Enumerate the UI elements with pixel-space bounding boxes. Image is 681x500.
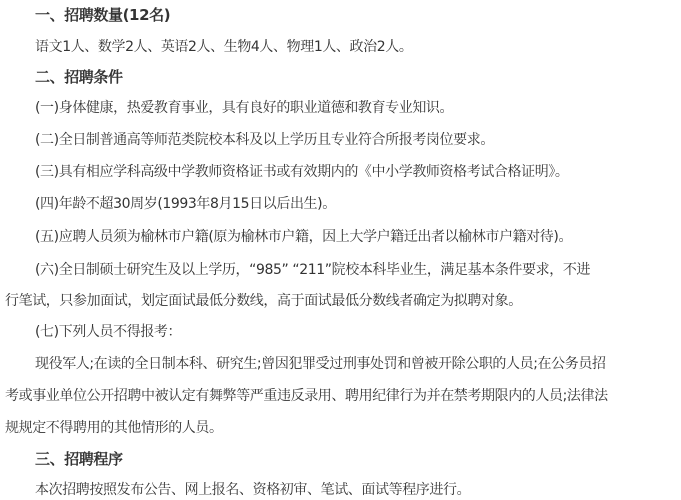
condition-item-7-line3: 规规定不得聘用的其他情形的人员。 [5, 418, 223, 438]
document-page: 一、招聘数量(12名) 语文1人、数学2人、英语2人、生物4人、物理1人、政治2… [0, 0, 681, 500]
condition-item-6-line2: 行笔试，只参加面试，划定面试最低分数线，高于面试最低分数线者确定为拟聘对象。 [5, 291, 522, 311]
condition-item-2: (二)全日制普通高等师范类院校本科及以上学历且专业符合所报考岗位要求。 [35, 130, 494, 150]
condition-item-7-label: (七)下列人员不得报考： [35, 322, 181, 342]
condition-item-1: (一)身体健康，热爱教育事业，具有良好的职业道德和教育专业知识。 [35, 98, 453, 118]
procedure-detail: 本次招聘按照发布公告、网上报名、资格初审、笔试、面试等程序进行。 [35, 480, 470, 500]
condition-item-6-line1: (六)全日制硕士研究生及以上学历，“985” “211”院校本科毕业生，满足基本… [35, 260, 590, 280]
condition-item-4: (四)年龄不超30周岁(1993年8月15日以后出生)。 [35, 194, 336, 214]
section-heading-conditions: 二、招聘条件 [35, 67, 123, 87]
condition-item-5: (五)应聘人员须为榆林市户籍(原为榆林市户籍，因上大学户籍迁出者以榆林市户籍对待… [35, 227, 572, 247]
quota-detail: 语文1人、数学2人、英语2人、生物4人、物理1人、政治2人。 [35, 37, 412, 57]
condition-item-7-line1: 现役军人;在读的全日制本科、研究生;曾因犯罪受过刑事处罚和曾被开除公职的人员;在… [35, 354, 606, 374]
section-heading-quota: 一、招聘数量(12名) [35, 5, 170, 25]
condition-item-3: (三)具有相应学科高级中学教师资格证书或有效期内的《中小学教师资格考试合格证明》… [35, 162, 569, 182]
condition-item-7-line2: 考或事业单位公开招聘中被认定有舞弊等严重违反录用、聘用纪律行为并在禁考期限内的人… [5, 386, 608, 406]
section-heading-procedure: 三、招聘程序 [35, 449, 123, 469]
